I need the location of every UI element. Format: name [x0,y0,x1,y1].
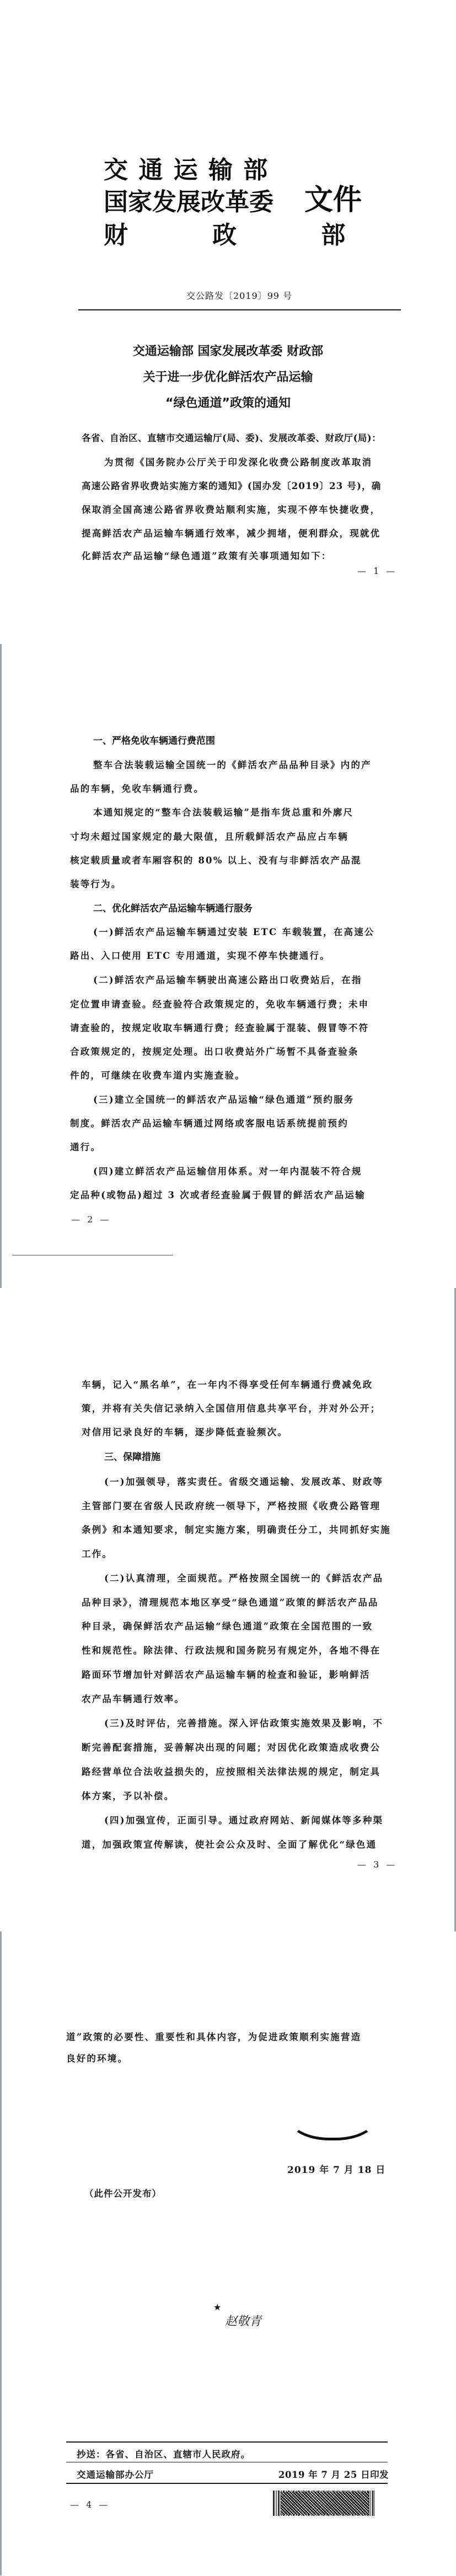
body-line: (二)鲜活农产品运输车辆驶出高速公路出口收费站后，在指 [93,973,362,986]
body-line: 条例》和本通知要求，制定实施方案，明确责任分工，共同抓好实施 [82,1522,391,1536]
page-4: 道”政策的必要性、重要性和具体内容，为促进政策顺利实施营造 良好的环境。 201… [0,1931,456,2575]
body-line: (一)鲜活农产品运输车辆通过安装 ETC 车载装置，在高速公 [93,925,375,938]
page-number: — 2 — [71,1214,111,1225]
body-line: 品的车辆，免收车辆通行费。 [70,781,204,795]
body-line: (四)加强宣传，正面引导。通过政府网站、新闻媒体等多种渠 [104,1813,383,1826]
body-line: 车辆，记入“黑名单”，在一年内不得享受任何车辆通行费减免政 [82,1377,373,1391]
body-line: 请查验的，按规定收取车辆通行费；经查验属于混装、假冒等不符 [70,1021,369,1034]
page-3: 车辆，记入“黑名单”，在一年内不得享受任何车辆通行费减免政 策，并将有关失信记录… [0,1288,456,1932]
body-line: 农产品车辆通行效率。 [82,1692,185,1705]
cc-line: 抄送：各省、自治区、直辖市人民政府。 [77,2447,250,2460]
footer-top-rule [66,2441,388,2443]
public-release-note: （此件公开发布） [84,2186,162,2199]
body-line: (一)加强领导，落实责任。省级交通运输、发展改革、财政等 [104,1474,383,1488]
body-line: 定品种(或物品)超过 3 次或者经查验属于假冒的鲜活农产品运输 [70,1188,366,1201]
header-rule [78,309,401,310]
body-line: 装等行为。 [70,877,122,890]
body-line: 合政策规定的，按规定处理。出口收费站外广场暂不具备查验条 [70,1044,359,1058]
section-2-heading: 二、优化鲜活农产品运输车辆通行服务 [93,900,253,914]
print-date: 2019 年 7 月 25 日印发 [278,2467,389,2481]
body-line: 道”政策的必要性、重要性和具体内容，为促进政策顺利实施营造 [66,2030,361,2043]
issuer-ndrc: 国家发展改革委 [104,189,273,216]
body-line: 件的，可继续在收费车道内实施查验。 [70,1068,245,1081]
body-line: 主管部门要在省级人民政府统一领导下，严格按照《收费公路管理 [82,1499,380,1512]
title-line-3: “绿色通道”政策的通知 [0,394,456,411]
body-line: 本通知规定的“整车合法装载运输”是指车货总重和外廓尺 [93,805,353,818]
issuing-office: 交通运输部办公厅 [77,2467,154,2481]
body-line: 路出、入口使用 ETC 专用通道，实现不停车快捷通行。 [70,948,330,962]
page-2: 一、严格免收车辆通行费范围 整车合法装载运输全国统一的《鲜活农产品品种目录》内的… [0,644,456,1288]
body-line: 整车合法装载运输全国统一的《鲜活农产品品种目录》内的产 [93,758,372,771]
body-line: 为贯彻《国务院办公厅关于印发深化收费公路制度改革取消 [104,455,372,468]
barcode-pattern [281,2492,369,2515]
body-line: 定位置申请查验。经查验符合政策规定的，免收车辆通行费；未申 [70,997,369,1010]
issuer-mot: 交 通 运 输 部 [104,157,269,184]
title-line-2: 关于进一步优化鲜活农产品运输 [0,368,456,385]
body-line: 良好的环境。 [66,2051,128,2064]
body-line: 断完善配套措施，妥善解决出现的问题；对因优化政策造成收费公 [82,1740,380,1753]
body-line: 化鲜活农产品运输“绿色通道”政策有关事项通知如下： [82,549,331,562]
body-line: 通行。 [70,1140,101,1153]
page-number: — 4 — [70,2499,110,2510]
handwritten-signature: 赵敬青 [225,2312,261,2329]
body-line: 路面环节增加针对鲜活农产品运输车辆的检查和验证，影响鲜活 [82,1667,371,1681]
body-line: (三)及时评估，完善措施。深入评估政策实施效果及影响，不 [104,1716,383,1729]
body-line: 体方案，予以补偿。 [82,1789,174,1802]
salutation: 各省、自治区、直辖市交通运输厅(局、委)、发展改革委、财政厅(局)： [82,431,381,444]
body-line: 保取消全国高速公路省界收费站顺利实施，实现不停车快捷收费， [82,502,380,516]
body-line: 工作。 [82,1547,112,1560]
body-line: (三)建立全国统一的鲜活农产品运输“绿色通道”预约服务 [93,1092,355,1105]
body-line: 道，加强政策宣传解读，使社会公众及时、全面了解优化“绿色通 [82,1837,377,1850]
star-mark-icon: ★ [213,2302,221,2312]
sign-date: 2019 年 7 月 18 日 [287,2162,385,2176]
body-line: 提高鲜活农产品运输车辆通行效率，减少拥堵，便利群众，现就优 [82,526,380,539]
body-line: 性和规范性。除法律、行政法规和国务院另有规定外，各地不得在 [82,1643,380,1656]
body-line: 制度。鲜活农产品运输车辆通过网络或客服电话系统提前预约 [70,1116,348,1129]
section-3-heading: 三、保障措施 [104,1449,160,1463]
footer-bottom-rule [66,2483,388,2484]
page-edge-mark [13,1255,173,1255]
page-number: — 1 — [357,566,397,576]
official-seal [288,2105,377,2140]
body-line: 策，并将有关失信记录纳入全国信用信息共享平台，并对外公开； [82,1401,380,1414]
doc-number: 交公路发〔2019〕99 号 [186,289,292,302]
body-line: 高速公路省界收费站实施方案的通知》(国办发〔2019〕23 号)，确 [82,479,382,492]
body-line: 寸均未超过国家规定的最大限值，且所载鲜活农产品应占车辆 [70,829,348,842]
title-line-1: 交通运输部 国家发展改革委 财政部 [0,342,456,359]
section-1-heading: 一、严格免收车辆通行费范围 [93,733,215,747]
page-1: 交 通 运 输 部 国家发展改革委 财 政 部 文件 交公路发〔2019〕99 … [0,0,456,644]
body-line: 路经营单位合法收益损失的，应按照相关法律法规的规定，制定具 [82,1764,380,1778]
body-line: 对信用记录良好的车辆，逐步降低查验频次。 [82,1425,288,1438]
page-number: — 3 — [357,1859,397,1870]
barcode [273,2491,375,2516]
body-line: 种目录，确保鲜活农产品运输“绿色通道”政策在全国范围的一致 [82,1619,373,1632]
body-line: (二)认真清理，全面规范。严格按照全国统一的《鲜活农产品 [104,1571,383,1584]
body-line: (四)建立鲜活农产品运输信用体系。对一年内混装不符合规 [93,1164,362,1177]
body-line: 品种目录》，清理规范本地区享受“绿色通道”政策的鲜活农产品品 [82,1595,379,1608]
footer-mid-rule [66,2462,388,2462]
body-line: 核定载质量或者车厢容积的 80% 以上、没有与非鲜活农产品混 [70,853,362,866]
wenjian-label: 文件 [304,185,362,216]
issuer-mof: 财 政 部 [104,222,345,249]
